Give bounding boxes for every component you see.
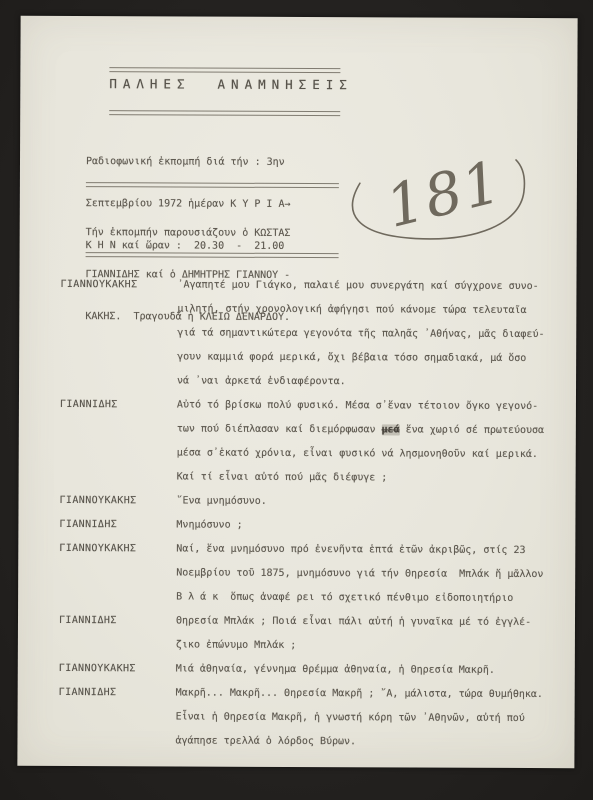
speech-fragment: των πού διέπλασαν καί διεμόρφωσαν [177,423,382,435]
speech-line: Εἶναι ἡ Θηρεσία Μακρῆ, ἡ γνωστή κόρη τῶν… [176,705,559,731]
speaker-label: ΓΙΑΝΝΙΔΗΣ [59,681,176,706]
speech-text: ῞Ενα μνημόσυνο. [176,489,559,515]
speech-line: Θηρεσία Μπλάκ ; Ποιά εἶναι πάλι αὐτή ἡ γ… [176,609,559,635]
dialogue-row: ΓΙΑΝΝΙΔΗΣ Μακρῆ... Μακρῆ... Θηρεσία Μακρ… [58,681,558,755]
speech-line: ζικο ἐπώνυμο Μπλάκ ; [176,633,559,659]
speech-line: Μακρῆ... Μακρῆ... Θηρεσία Μακρῆ ; ῎Α, μά… [176,681,559,707]
presenters-line: Τήν ἐκπομπήν παρουσιάζουν ὁ ΚΩΣΤΑΣ [86,226,291,241]
speech-text: Μνημόσυνο ; [176,513,559,539]
speech-line: μέσα σ᾽ἑκατό χρόνια, εἶναι φυσικό νά λησ… [177,441,560,467]
speech-text: Θηρεσία Μπλάκ ; Ποιά εἶναι πάλι αὐτή ἡ γ… [176,609,559,659]
speaker-label: ΓΙΑΝΝΙΔΗΣ [59,609,176,634]
speech-text: Μιά ἀθηναία, γέννημα θρέμμα ἀθηναία, ἡ Θ… [176,657,559,683]
speech-text: ᾽Αγαπητέ μου Γιάγκο, παλαιέ μου συνεργάτ… [177,273,561,395]
dialogue-row: ΓΙΑΝΝΟΥΚΑΚΗΣ ᾽Αγαπητέ μου Γιάγκο, παλαιέ… [60,273,561,395]
title-rule-top [109,67,340,73]
speech-line: Αὐτό τό βρίσκω πολύ φυσικό. Μέσα σ᾽ἕναν … [177,393,560,419]
speech-fragment: ἕνα χωριό σέ πρωτεύουσα [400,424,545,436]
handwritten-page-number: 181 [338,139,543,252]
broadcast-info-line: Ραδιοφωνική ἐκπομπή διά τήν : 3ην [86,155,291,170]
dialogue-row: ΓΙΑΝΝΙΔΗΣ Μνημόσυνο ; [59,513,559,539]
speaker-label: ΓΙΑΝΝΟΥΚΑΚΗΣ [59,489,176,514]
speech-text: Ναί, ἕνα μνημόσυνο πρό ἐνενῆντα ἑπτά ἐτῶ… [176,537,559,611]
speech-line: ᾽Αγαπητέ μου Γιάγκο, παλαιέ μου συνεργάτ… [177,273,560,299]
speech-line: Ναί, ἕνα μνημόσυνο πρό ἐνενῆντα ἑπτά ἐτῶ… [176,537,559,563]
struck-out-word: μεά [382,424,400,435]
speech-line: Νοεμβρίου τοῦ 1875, μνημόσυνο γιά τήν Θη… [176,561,559,587]
speech-line: Β λ ά κ ὅπως ἀναφέ ρει τό σχετικό πένθιμ… [176,585,559,611]
speech-line: ἀγάπησε τρελλά ὁ λόρδος Βύρων. [175,729,558,755]
speech-text: Μακρῆ... Μακρῆ... Θηρεσία Μακρῆ ; ῎Α, μά… [175,681,558,755]
speech-line: γιά τά σημαντικώτερα γεγονότα τῆς παληᾶς… [177,321,560,347]
speaker-label: ΓΙΑΝΝΙΔΗΣ [59,513,176,538]
speaker-label: ΓΙΑΝΝΟΥΚΑΚΗΣ [59,657,176,682]
page-title: ΠΑΛΗΕΣ ΑΝΑΜΝΗΣΕΙΣ [109,76,353,92]
dialogue-row: ΓΙΑΝΝΙΔΗΣ Αὐτό τό βρίσκω πολύ φυσικό. Μέ… [60,393,560,491]
dialogue-script: ΓΙΑΝΝΟΥΚΑΚΗΣ ᾽Αγαπητέ μου Γιάγκο, παλαιέ… [58,273,560,755]
speech-text: Αὐτό τό βρίσκω πολύ φυσικό. Μέσα σ᾽ἕναν … [177,393,560,491]
document-page: ΠΑΛΗΕΣ ΑΝΑΜΝΗΣΕΙΣ Ραδιοφωνική ἐκπομπή δι… [17,16,577,768]
dialogue-row: ΓΙΑΝΝΟΥΚΑΚΗΣ Ναί, ἕνα μνημόσυνο πρό ἐνεν… [59,537,559,611]
speech-line: Μιά ἀθηναία, γέννημα θρέμμα ἀθηναία, ἡ Θ… [176,657,559,683]
speech-line: Καί τί εἶναι αὐτό πού μᾶς διέφυγε ; [177,465,560,491]
speaker-label: ΓΙΑΝΝΙΔΗΣ [60,393,177,418]
dialogue-row: ΓΙΑΝΝΙΔΗΣ Θηρεσία Μπλάκ ; Ποιά εἶναι πάλ… [59,609,559,659]
speech-line: μιλητή, στήν χρονολογική ἀφήγησι πού κάν… [177,297,560,323]
scanned-document-screenshot: { "document": { "title": "ΠΑΛΗΕΣ ΑΝΑΜΝΗΣ… [0,0,593,800]
dialogue-row: ΓΙΑΝΝΟΥΚΑΚΗΣ Μιά ἀθηναία, γέννημα θρέμμα… [59,657,559,683]
speech-line-with-strikeout: των πού διέπλασαν καί διεμόρφωσαν μεά ἕν… [177,417,560,443]
speaker-label: ΓΙΑΝΝΟΥΚΑΚΗΣ [59,537,176,562]
speech-line: νά ᾽ναι ἀρκετά ἐνδιαφέροντα. [177,369,560,395]
speech-line: ῞Ενα μνημόσυνο. [176,489,559,515]
title-rule-bottom [109,110,340,116]
page-number-digits: 181 [380,147,510,241]
speech-line: γουν καμμιά φορά μερικά, ὄχι βέβαια τόσο… [177,345,560,371]
speaker-label: ΓΙΑΝΝΟΥΚΑΚΗΣ [60,273,177,298]
speech-line: Μνημόσυνο ; [176,513,559,539]
dialogue-row: ΓΙΑΝΝΟΥΚΑΚΗΣ ῞Ενα μνημόσυνο. [59,489,559,515]
